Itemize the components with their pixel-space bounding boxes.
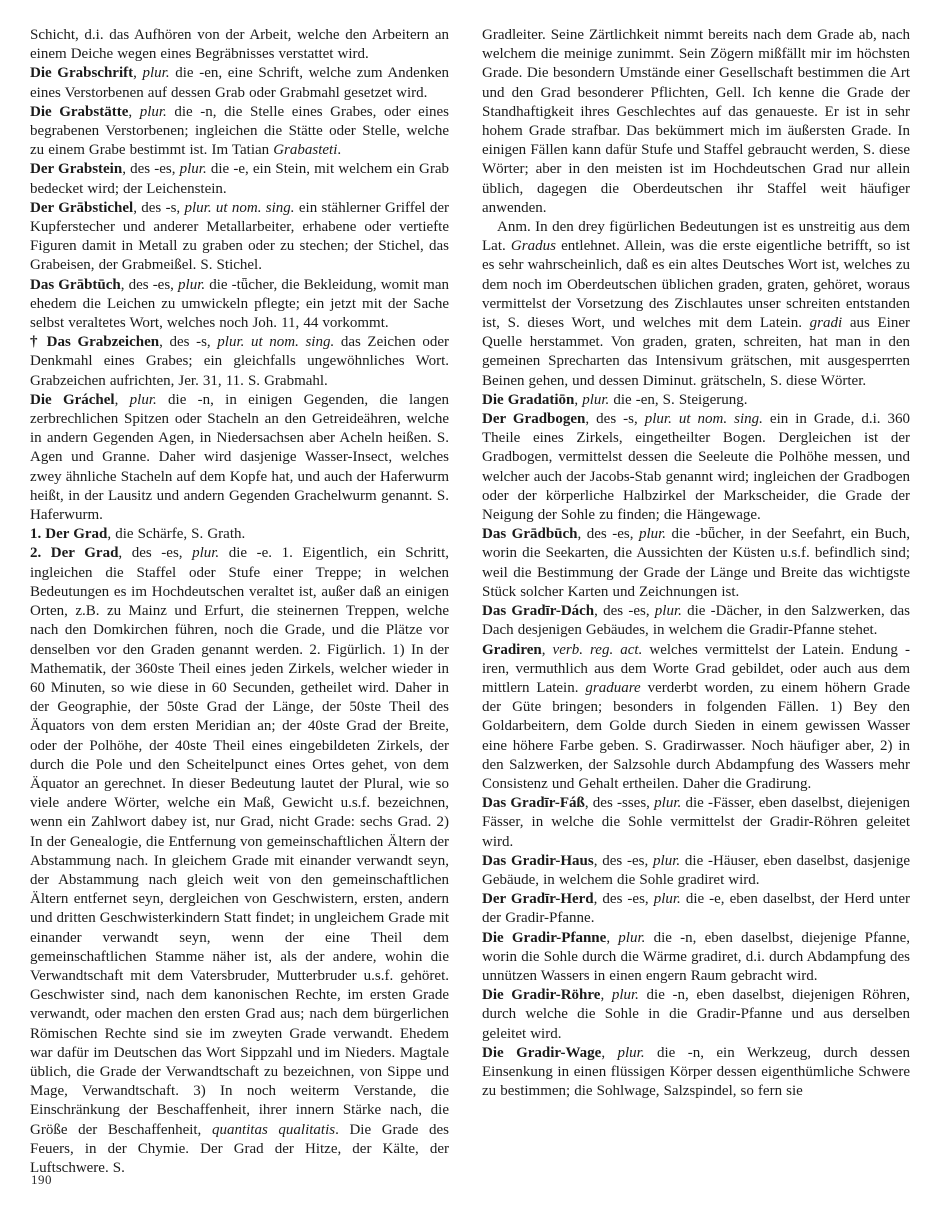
entry-text: , des -es,	[578, 526, 639, 542]
dictionary-entry: Die Gráchel, plur. die -n, in einigen Ge…	[30, 391, 449, 525]
dictionary-entry: Gradiren, verb. reg. act. welches vermit…	[482, 641, 910, 795]
dictionary-entry: Die Gradatiōn, plur. die -en, S. Steiger…	[482, 391, 910, 410]
entry-text: ,	[128, 104, 139, 120]
entry-text: ein in Grade, d.i. 360 Theile eines Zirk…	[482, 411, 910, 523]
entry-text: , des -es,	[121, 277, 178, 293]
headword: Das Gradir-Haus	[482, 853, 594, 869]
dictionary-entry: Gradleiter. Seine Zärtlichkeit nimmt ber…	[482, 26, 910, 218]
dictionary-entry: Die Gradir-Röhre, plur. die -n, eben das…	[482, 986, 910, 1044]
dictionary-entry: 1. Der Grad, die Schärfe, S. Grath.	[30, 525, 449, 544]
entry-text: plur.	[612, 987, 639, 1003]
headword: Das Gradīr-Fáß	[482, 795, 585, 811]
dictionary-entry: Das Gradīr-Dách, des -es, plur. die -Däc…	[482, 602, 910, 640]
entry-text: plur.	[618, 930, 645, 946]
headword: † Das Grabzeichen	[30, 334, 159, 350]
entry-text: gradi	[810, 315, 843, 331]
entry-text: , des -s,	[159, 334, 217, 350]
entry-text: quantitas qualitatis	[212, 1122, 335, 1138]
dictionary-entry: Die Gradir-Wage, plur. die -n, ein Werkz…	[482, 1044, 910, 1102]
headword: Die Gradir-Pfanne	[482, 930, 606, 946]
dictionary-page-body: Schicht, d.i. das Aufhören von der Arbei…	[30, 26, 910, 1178]
entry-text: plur.	[654, 891, 681, 907]
entry-text: Schicht, d.i. das Aufhören von der Arbei…	[30, 27, 449, 62]
entry-text: plur. ut nom. sing.	[645, 411, 763, 427]
entry-text: die -en, S. Steigerung.	[609, 392, 747, 408]
entry-text: ,	[601, 1045, 617, 1061]
headword: Die Grabschrift	[30, 65, 133, 81]
headword: Der Gradbogen	[482, 411, 585, 427]
entry-text: plur. ut nom. sing.	[217, 334, 334, 350]
entry-text: , des -es,	[594, 891, 654, 907]
headword: Das Gradīr-Dách	[482, 603, 594, 619]
entry-text: plur.	[178, 277, 205, 293]
entry-text: plur.	[130, 392, 157, 408]
headword: Der Grābstichel	[30, 200, 133, 216]
dictionary-entry: Anm. In den drey figürlichen Bedeutungen…	[482, 218, 910, 391]
entry-text: ,	[133, 65, 142, 81]
entry-text: ,	[542, 642, 553, 658]
entry-text: Grabasteti	[273, 142, 337, 158]
entry-text: plur.	[192, 545, 219, 561]
dictionary-scan-page: { "page": { "number": "190", "background…	[0, 0, 935, 1210]
entry-text: plur.	[140, 104, 167, 120]
entry-text: plur.	[653, 853, 680, 869]
entry-text: plur.	[655, 603, 682, 619]
dictionary-entry: Die Grabschrift, plur. die -en, eine Sch…	[30, 64, 449, 102]
dictionary-entry: Das Gradīr-Fáß, des -sses, plur. die -Fä…	[482, 794, 910, 852]
entry-text: , des -s,	[133, 200, 184, 216]
right-column: Gradleiter. Seine Zärtlichkeit nimmt ber…	[482, 26, 910, 1178]
entry-text: , des -es,	[122, 161, 179, 177]
headword: Der Grabstein	[30, 161, 122, 177]
dictionary-entry: Der Gradīr-Herd, des -es, plur. die -e, …	[482, 890, 910, 928]
entry-text: ,	[115, 392, 130, 408]
entry-text: plur.	[618, 1045, 645, 1061]
entry-text: .	[337, 142, 341, 158]
dictionary-entry: Das Gradir-Haus, des -es, plur. die -Häu…	[482, 852, 910, 890]
dictionary-entry: Der Grābstichel, des -s, plur. ut nom. s…	[30, 199, 449, 276]
headword: Der Gradīr-Herd	[482, 891, 594, 907]
headword: Die Grabstätte	[30, 104, 128, 120]
dictionary-entry: Die Gradir-Pfanne, plur. die -n, eben da…	[482, 929, 910, 987]
entry-text: graduare	[585, 680, 640, 696]
headword: Die Gradir-Röhre	[482, 987, 600, 1003]
headword: Gradiren	[482, 642, 542, 658]
entry-text: , des -es,	[118, 545, 192, 561]
dictionary-entry: Das Grābtūch, des -es, plur. die -tǖcher…	[30, 276, 449, 334]
entry-text: ,	[606, 930, 618, 946]
entry-text: plur.	[654, 795, 681, 811]
entry-text: ,	[600, 987, 611, 1003]
dictionary-entry: Der Grabstein, des -es, plur. die -e, ei…	[30, 160, 449, 198]
headword: Die Gradatiōn	[482, 392, 574, 408]
entry-text: die -n, in einigen Gegenden, die langen …	[30, 392, 449, 523]
headword: Das Grābtūch	[30, 277, 121, 293]
entry-text: verb. reg. act.	[553, 642, 643, 658]
entry-text: die -e. 1. Eigentlich, ein Schritt, ingl…	[30, 545, 449, 1137]
headword: Die Gráchel	[30, 392, 115, 408]
dictionary-entry: Die Grabstätte, plur. die -n, die Stelle…	[30, 103, 449, 161]
entry-text: plur.	[639, 526, 666, 542]
headword: 1. Der Grad	[30, 526, 107, 542]
entry-text: plur.	[143, 65, 170, 81]
entry-text: , des -es,	[594, 853, 653, 869]
entry-text: plur. ut nom. sing.	[185, 200, 295, 216]
page-number: 190	[31, 1172, 52, 1188]
entry-text: verderbt worden, zu einem höhern Grade d…	[482, 680, 910, 792]
entry-text: , des -sses,	[585, 795, 654, 811]
entry-text: Gradleiter. Seine Zärtlichkeit nimmt ber…	[482, 27, 910, 216]
dictionary-entry: Schicht, d.i. das Aufhören von der Arbei…	[30, 26, 449, 64]
dictionary-entry: Der Gradbogen, des -s, plur. ut nom. sin…	[482, 410, 910, 525]
dictionary-entry: 2. Der Grad, des -es, plur. die -e. 1. E…	[30, 544, 449, 1178]
entry-text: , des -es,	[594, 603, 655, 619]
entry-text: plur.	[582, 392, 609, 408]
dictionary-entry: † Das Grabzeichen, des -s, plur. ut nom.…	[30, 333, 449, 391]
headword: 2. Der Grad	[30, 545, 118, 561]
dictionary-entry: Das Grādbūch, des -es, plur. die -bǖcher…	[482, 525, 910, 602]
headword: Die Gradir-Wage	[482, 1045, 601, 1061]
entry-text: Gradus	[511, 238, 556, 254]
left-column: Schicht, d.i. das Aufhören von der Arbei…	[30, 26, 449, 1178]
entry-text: , des -s,	[585, 411, 644, 427]
entry-text: plur.	[180, 161, 207, 177]
headword: Das Grādbūch	[482, 526, 578, 542]
entry-text: , die Schärfe, S. Grath.	[107, 526, 245, 542]
